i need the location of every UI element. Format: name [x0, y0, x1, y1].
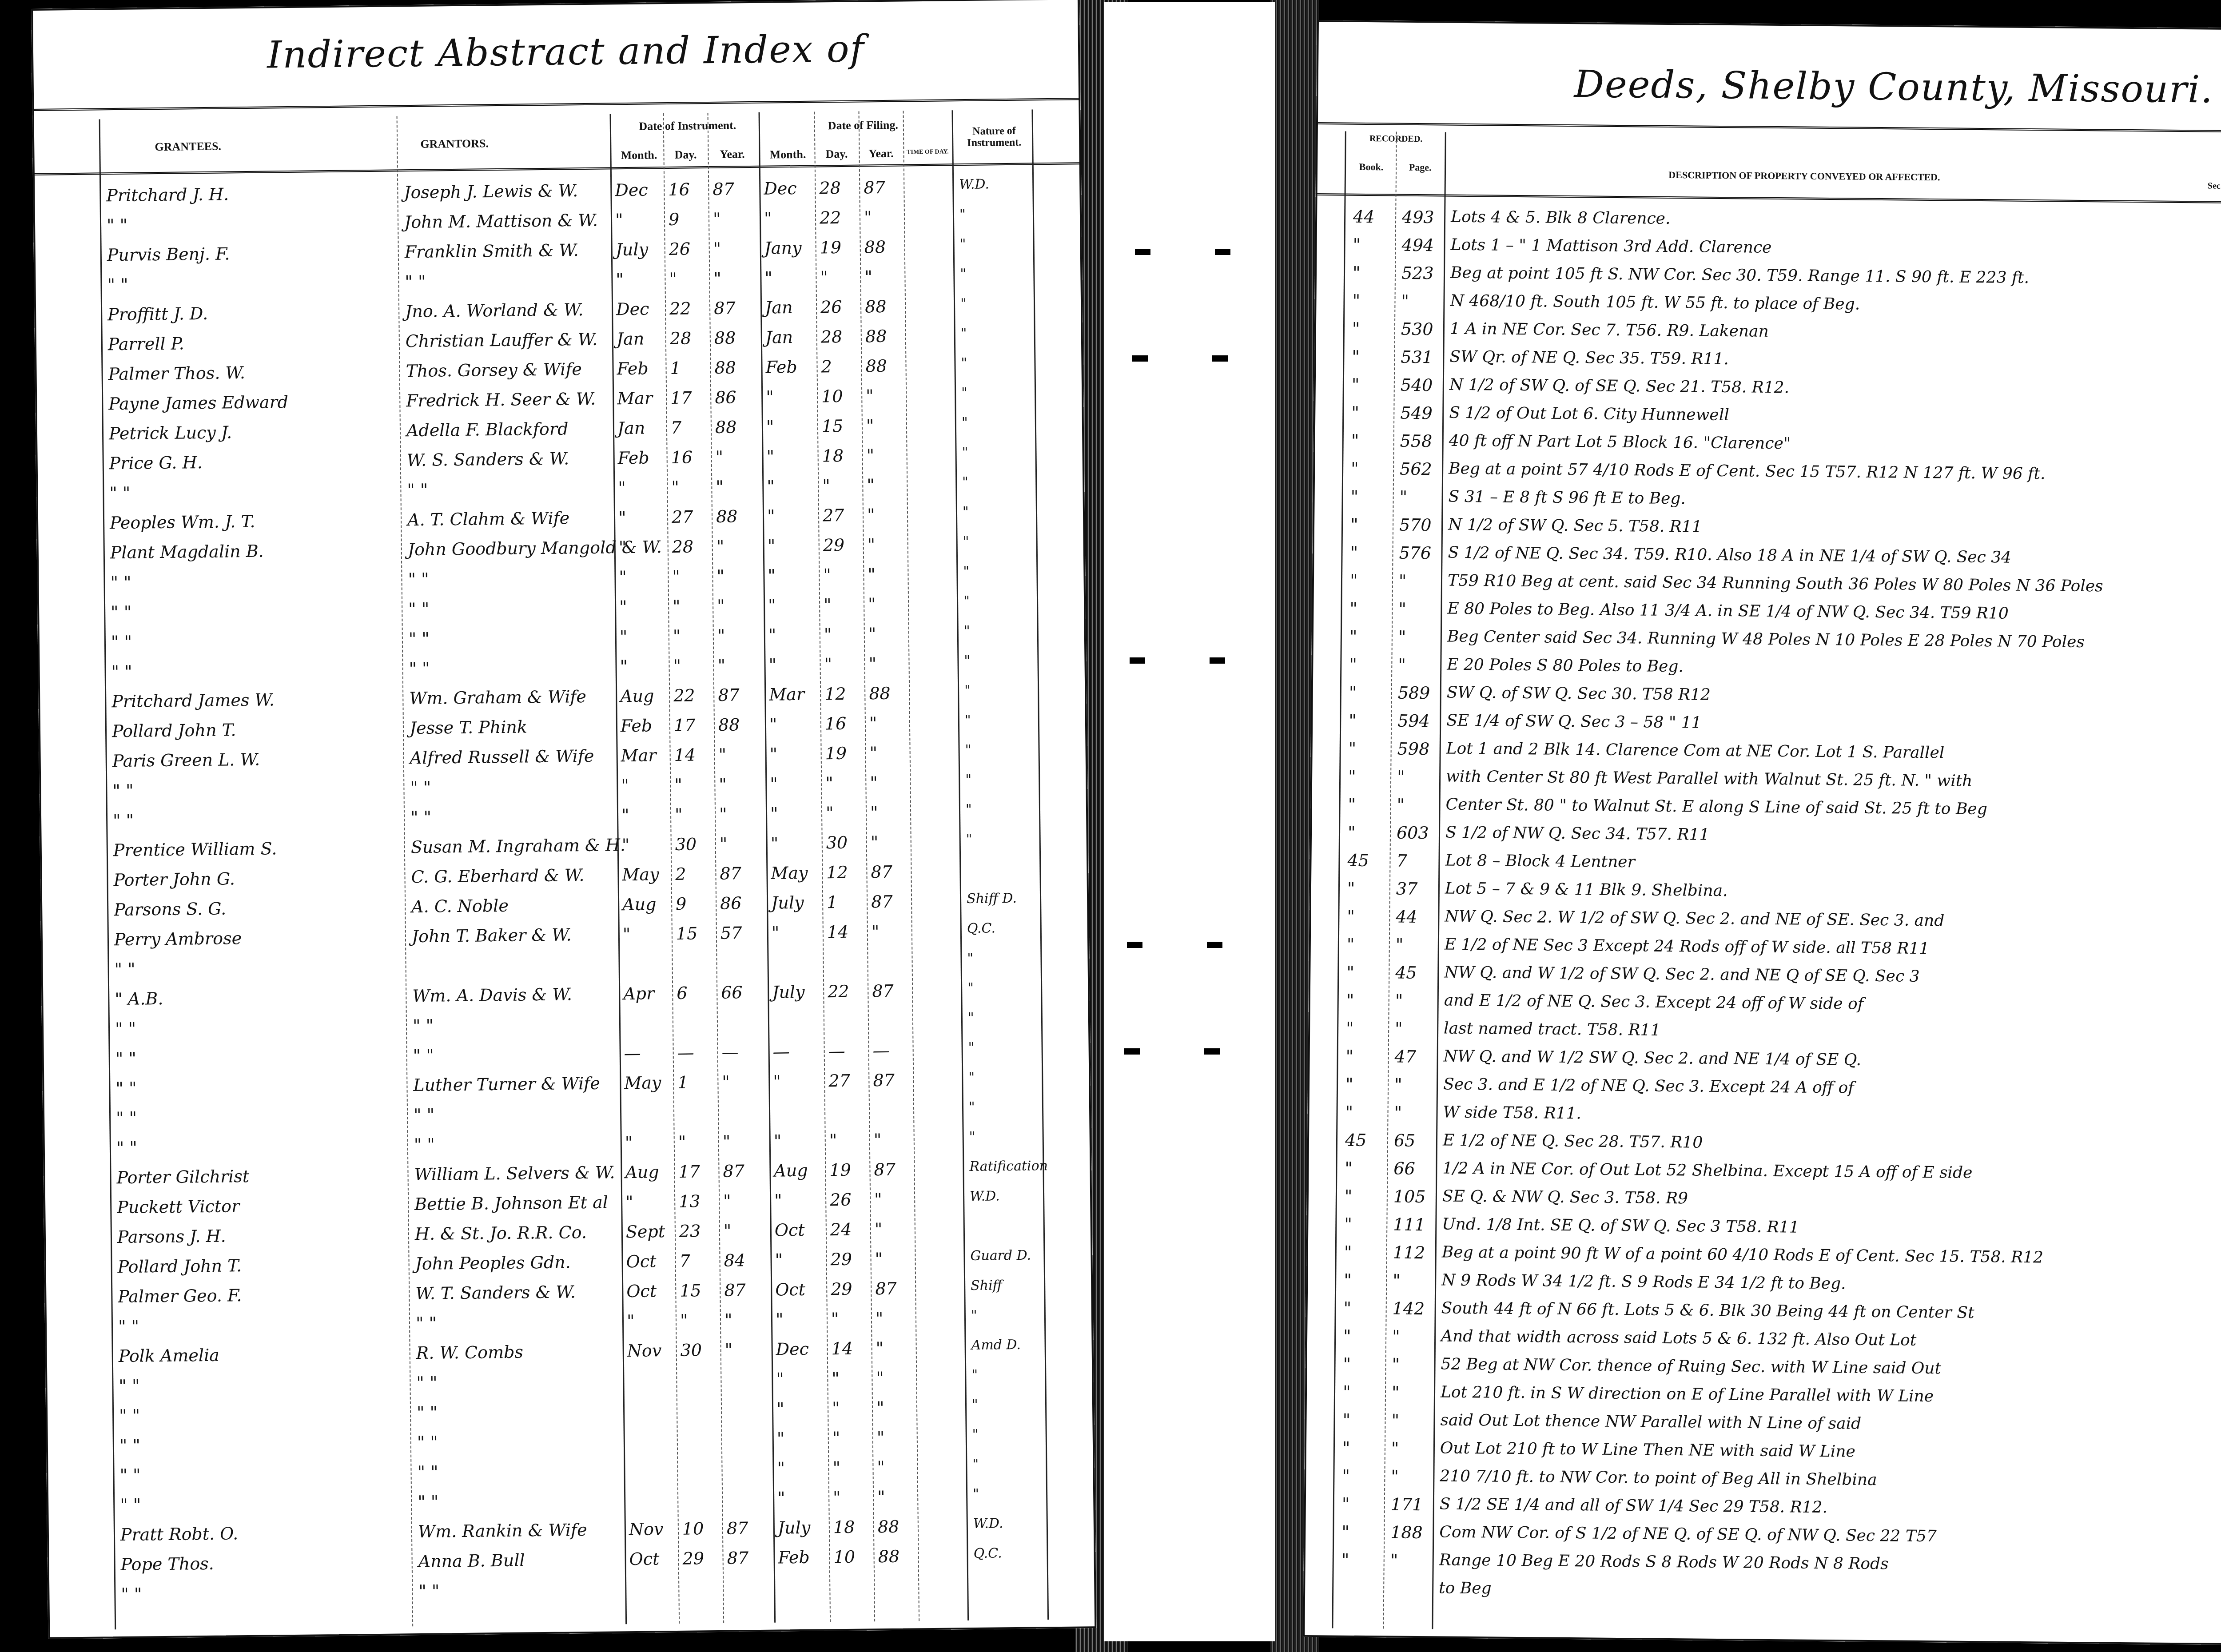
cell-grantee: Polk Amelia: [119, 1345, 220, 1366]
cell-file-day: 29: [823, 535, 845, 555]
cell-grantor: " ": [416, 1314, 437, 1333]
cell-grantor: Wm. Graham & Wife: [409, 687, 586, 708]
cell-page: ": [1396, 935, 1404, 955]
cell-inst-month: Jan: [617, 329, 645, 349]
cell-inst-month: ": [627, 1311, 635, 1331]
cell-grantee: Pritchard James W.: [111, 690, 275, 711]
cell-file-month: Jan: [765, 298, 793, 318]
cell-inst-year: ": [717, 626, 725, 645]
cell-grantee: Pollard John T.: [112, 720, 236, 741]
cell-file-month: ": [766, 447, 774, 466]
cell-file-day: ": [820, 267, 828, 287]
table-row: " "" """"": [47, 1485, 1095, 1521]
cell-nature: ": [969, 1129, 975, 1145]
cell-grantor: Alfred Russell & Wife: [410, 746, 594, 768]
binding-tab-icon: [1207, 942, 1222, 948]
cell-inst-month: Oct: [629, 1549, 659, 1569]
cell-grantor: " ": [409, 629, 430, 649]
cell-desc: NW Q. and W 1/2 SW Q. Sec 2. and NE 1/4 …: [1443, 1047, 1861, 1069]
cell-inst-year: ": [718, 745, 726, 764]
cell-page: 598: [1397, 739, 1429, 759]
cell-grantee: " ": [116, 1108, 137, 1128]
cell-inst-month: ": [621, 805, 629, 825]
cell-inst-day: ": [671, 478, 679, 497]
cell-book: ": [1349, 711, 1357, 730]
cell-grantor: Adella F. Blackford: [406, 419, 569, 440]
binding-tab-icon: [1135, 249, 1150, 255]
cell-grantee: Parsons S. G.: [114, 899, 226, 920]
cell-inst-year: ": [715, 447, 723, 467]
cell-file-year: ": [876, 1309, 884, 1328]
cell-desc: NW Q. and W 1/2 of SW Q. Sec 2. and NE Q…: [1444, 963, 1920, 986]
cell-grantee: Palmer Geo. F.: [118, 1286, 242, 1306]
cell-nature: ": [972, 1457, 979, 1472]
cell-book: ": [1343, 1354, 1351, 1374]
cell-nature: ": [971, 1308, 977, 1323]
table-row: Porter John G.C. G. Eberhard & W.May287M…: [40, 860, 1088, 896]
cell-grantor: " ": [408, 599, 430, 619]
cell-book: ": [1343, 1382, 1351, 1402]
cell-grantor: " ": [413, 1016, 434, 1035]
cell-file-year: ": [875, 1219, 883, 1239]
cell-grantor: R. W. Combs: [416, 1342, 524, 1363]
cell-inst-month: ": [619, 597, 627, 617]
cell-file-month: ": [767, 506, 775, 526]
cell-file-day: 28: [821, 327, 843, 347]
cell-nature: ": [965, 772, 971, 788]
cell-inst-month: —: [624, 1043, 641, 1063]
cell-inst-month: ": [623, 924, 631, 944]
cell-page: ": [1392, 1327, 1400, 1346]
cell-file-year: 88: [878, 1547, 900, 1567]
cell-file-year: 87: [864, 178, 885, 198]
cell-book: ": [1341, 1550, 1349, 1570]
cell-inst-day: 17: [678, 1162, 700, 1182]
cell-inst-year: 87: [727, 1548, 748, 1568]
table-row: Pope Thos.Anna B. BullOct2987Feb1088Q.C.: [47, 1545, 1095, 1580]
cell-page: 603: [1397, 823, 1429, 843]
table-row: Palmer Geo. F.W. T. Sanders & W.Oct1587O…: [44, 1277, 1093, 1313]
cell-grantee: " ": [113, 811, 134, 830]
cell-file-year: 88: [865, 297, 887, 317]
cell-grantor: " ": [417, 1403, 438, 1422]
table-row: Perry AmbroseJohn T. Baker & W."1557"14"…: [41, 920, 1089, 955]
cell-nature: ": [965, 713, 971, 728]
cell-desc: Center St. 80 " to Walnut St. E along S …: [1445, 796, 1987, 819]
table-row: Paris Green L. W.Alfred Russell & WifeMa…: [39, 741, 1087, 777]
cell-desc: 210 7/10 ft. to NW Cor. to point of Beg …: [1440, 1467, 1877, 1489]
binding-tab-icon: [1127, 942, 1142, 948]
cell-file-month: ": [769, 744, 777, 764]
cell-inst-month: Mar: [621, 745, 656, 765]
cell-desc: Beg at a point 57 4/10 Rods E of Cent. S…: [1449, 460, 2046, 483]
cell-file-day: ": [829, 1131, 837, 1150]
cell-desc: T59 R10 Beg at cent. said Sec 34 Running…: [1448, 572, 2103, 596]
cell-book: ": [1342, 1494, 1350, 1514]
cell-file-year: ": [866, 446, 874, 465]
cell-page: ": [1399, 571, 1407, 591]
cell-book: ": [1352, 347, 1360, 366]
table-row: " "" """"": [46, 1425, 1095, 1461]
cell-book: ": [1349, 739, 1357, 758]
cell-inst-year: ": [723, 1132, 731, 1151]
cell-file-year: 87: [874, 1160, 896, 1180]
cell-desc: E 1/2 of NE Q. Sec 28. T57. R10: [1443, 1131, 1703, 1152]
cell-file-year: ": [868, 535, 876, 554]
cell-grantor: Fredrick H. Seer & W.: [406, 389, 596, 410]
cell-grantor: Thos. Gorsey & Wife: [406, 359, 582, 381]
cell-grantee: " ": [119, 1465, 141, 1485]
cell-inst-day: ": [678, 1132, 686, 1152]
cell-book: ": [1342, 1466, 1350, 1486]
cell-file-day: 22: [828, 982, 849, 1002]
cell-file-month: ": [774, 1190, 782, 1210]
cell-file-month: ": [764, 209, 772, 228]
cell-inst-year: ": [713, 239, 721, 259]
cell-desc: Lots 4 & 5. Blk 8 Clarence.: [1451, 208, 1671, 228]
table-row: Peoples Wm. J. T.A. T. Clahm & Wife"2788…: [36, 503, 1085, 539]
cell-grantor: " ": [413, 1046, 434, 1065]
cell-nature: ": [964, 653, 970, 669]
cell-page: 531: [1401, 347, 1433, 367]
cell-file-year: 87: [871, 862, 892, 882]
cell-nature: ": [967, 980, 974, 996]
table-row: Parsons J. H.H. & St. Jo. R.R. Co.Sept23…: [44, 1217, 1092, 1253]
cell-desc: Beg Center said Sec 34. Running W 48 Pol…: [1447, 628, 2085, 652]
cell-page: ": [1391, 1411, 1399, 1430]
table-row: " "" "——————": [42, 1039, 1091, 1075]
table-row: " "" """""""": [37, 562, 1085, 598]
cell-file-day: 15: [822, 416, 844, 436]
cell-inst-day: 17: [670, 388, 692, 408]
cell-inst-year: 87: [718, 685, 740, 705]
table-row: Pollard John T.John Peoples Gdn.Oct784"2…: [44, 1247, 1092, 1283]
cell-inst-month: ": [620, 657, 628, 676]
cell-inst-year: ": [724, 1310, 732, 1330]
cell-book: ": [1343, 1326, 1351, 1346]
cell-file-month: ": [768, 596, 776, 615]
cell-inst-month: July: [616, 239, 649, 259]
cell-nature: ": [961, 385, 967, 401]
cell-book: ": [1348, 767, 1356, 786]
cell-inst-year: 88: [718, 715, 740, 735]
col-description: DESCRIPTION OF PROPERTY CONVEYED OR AFFE…: [1649, 170, 1960, 183]
cell-page: 45: [1395, 963, 1417, 983]
cell-inst-day: 7: [671, 418, 682, 438]
cell-inst-year: 87: [727, 1518, 748, 1538]
cell-file-month: Dec: [776, 1339, 809, 1359]
cell-grantee: " ": [121, 1584, 142, 1604]
cell-grantor: " ": [408, 569, 429, 589]
cell-nature: ": [959, 207, 966, 222]
cell-page: ": [1390, 1551, 1398, 1570]
cell-file-month: ": [768, 566, 776, 585]
cell-file-month: Feb: [778, 1548, 810, 1568]
binding-tab-icon: [1204, 1048, 1220, 1055]
table-row: Prentice William S.Susan M. Ingraham & H…: [40, 830, 1088, 866]
cell-file-day: 14: [827, 922, 849, 942]
cell-nature: ": [962, 415, 968, 430]
cell-grantee: Plant Magdalin B.: [110, 541, 264, 563]
cell-desc: and E 1/2 of NE Q. Sec 3. Except 24 off …: [1444, 991, 1864, 1013]
cell-nature: ": [960, 296, 967, 311]
cell-grantee: " ": [107, 215, 128, 235]
table-row: " "" """""""": [40, 800, 1088, 836]
cell-book: ": [1352, 319, 1360, 338]
cell-grantor: Jno. A. Worland & W.: [405, 300, 584, 321]
cell-file-day: 2: [821, 357, 832, 376]
cell-book: ": [1353, 235, 1361, 255]
cell-file-month: ": [777, 1429, 785, 1448]
cell-file-year: 88: [869, 684, 891, 704]
cell-nature: ": [971, 1367, 978, 1383]
cell-page: 494: [1401, 235, 1434, 255]
cell-inst-day: 26: [669, 239, 691, 259]
cell-grantee: " ": [107, 275, 128, 295]
cell-file-year: ": [869, 713, 877, 733]
cell-book: ": [1346, 963, 1354, 982]
cell-book: ": [1351, 403, 1359, 422]
cell-grantee: " ": [116, 1138, 138, 1158]
cell-desc: Out Lot 210 ft to W Line Then NE with sa…: [1440, 1439, 1855, 1461]
cell-inst-year: ": [717, 596, 725, 616]
col-sec: Sec.: [2200, 181, 2221, 191]
cell-file-month: ": [777, 1458, 785, 1478]
cell-book: ": [1348, 823, 1356, 842]
cell-page: 111: [1393, 1215, 1425, 1235]
cell-file-month: Dec: [764, 179, 797, 199]
cell-page: 37: [1396, 879, 1418, 899]
cell-page: ": [1391, 1439, 1399, 1458]
cell-inst-month: Apr: [623, 983, 654, 1003]
cell-grantee: " ": [111, 632, 132, 652]
cell-file-year: ": [872, 922, 880, 941]
cell-nature: Shiff: [971, 1278, 1002, 1294]
cell-grantor: Luther Turner & Wife: [413, 1074, 600, 1095]
cell-file-month: Oct: [775, 1280, 805, 1300]
cell-grantor: Wm. A. Davis & W.: [412, 984, 572, 1006]
cell-grantee: " ": [111, 662, 132, 681]
cell-desc: 40 ft off N Part Lot 5 Block 16. "Claren…: [1449, 432, 1791, 453]
cell-file-day: 10: [821, 386, 843, 406]
cell-inst-day: ": [675, 805, 683, 824]
cell-grantee: Prentice William S.: [113, 839, 277, 860]
cell-nature: ": [963, 534, 969, 549]
cell-inst-day: 30: [675, 834, 697, 854]
cell-nature: W.D.: [959, 176, 989, 192]
cell-inst-month: Feb: [621, 716, 653, 736]
cell-inst-month: Jan: [617, 418, 645, 438]
cell-nature: Q.C.: [967, 920, 995, 936]
cell-file-day: ": [833, 1488, 841, 1507]
cell-grantee: " ": [115, 1049, 137, 1068]
cell-page: 558: [1400, 431, 1433, 451]
cell-file-day: 22: [820, 208, 841, 228]
cell-grantor: " ": [414, 1135, 435, 1154]
table-row: " "" """"": [46, 1455, 1095, 1491]
cell-file-day: 19: [820, 238, 841, 258]
cell-inst-day: 9: [669, 210, 680, 229]
col-date-of-instrument: Date of Instrument.: [614, 119, 761, 133]
cell-file-day: ": [823, 565, 831, 585]
cell-inst-month: Mar: [617, 388, 653, 408]
table-row: Puckett VictorBettie B. Johnson Et al"13…: [44, 1187, 1092, 1223]
cell-book: ": [1345, 1047, 1353, 1066]
cell-book: ": [1342, 1410, 1350, 1430]
cell-inst-month: Oct: [626, 1251, 656, 1271]
cell-desc: E 1/2 of NE Sec 3 Except 24 Rods off of …: [1445, 935, 1930, 958]
cell-nature: W.D.: [973, 1516, 1003, 1532]
cell-nature: ": [959, 236, 966, 252]
cell-inst-year: 57: [720, 923, 742, 943]
cell-nature: W.D.: [970, 1188, 1000, 1204]
cell-grantee: Payne James Edward: [108, 392, 288, 414]
cell-file-month: ": [772, 923, 780, 942]
col-file-year: Year.: [859, 147, 903, 160]
cell-page: ": [1394, 1075, 1402, 1095]
cell-book: ": [1350, 515, 1358, 534]
cell-page: ": [1399, 487, 1407, 507]
cell-page: ": [1398, 627, 1406, 647]
cell-desc: SE Q. & NW Q. Sec 3. T58. R9: [1442, 1187, 1688, 1208]
cell-grantor: William L. Selvers & W.: [414, 1162, 615, 1184]
table-row: Polk AmeliaR. W. CombsNov30"Dec14"Amd D.: [45, 1336, 1094, 1372]
binding-insert-strip-right: [1199, 2, 1275, 1641]
cell-inst-month: ": [621, 776, 629, 795]
cell-nature: ": [962, 474, 968, 490]
cell-grantor: " ": [410, 778, 431, 797]
cell-grantor: " ": [417, 1462, 438, 1482]
cell-desc: SW Q. of SW Q. Sec 30. T58 R12: [1447, 684, 1711, 704]
binding-tab-icon: [1130, 657, 1145, 664]
cell-nature: ": [964, 683, 971, 698]
cell-nature: Shiff D.: [967, 891, 1017, 907]
cell-page: ": [1398, 599, 1406, 619]
table-row: " "" """""""": [45, 1306, 1093, 1342]
cell-file-year: 88: [878, 1517, 900, 1537]
cell-inst-month: Nov: [629, 1519, 664, 1539]
cell-book: ": [1342, 1438, 1350, 1458]
cell-file-month: ": [769, 715, 777, 734]
cell-page: ": [1395, 1019, 1403, 1039]
cell-grantee: Peoples Wm. J. T.: [110, 512, 255, 533]
cell-grantor: " ": [414, 1105, 435, 1125]
cell-inst-day: 27: [672, 507, 693, 527]
header-rule: [1316, 122, 2221, 133]
cell-file-month: July: [771, 893, 804, 913]
cell-page: ": [1394, 1103, 1402, 1123]
cell-file-month: ": [776, 1399, 784, 1418]
cell-file-day: 10: [833, 1547, 855, 1567]
binding-tab-icon: [1132, 355, 1148, 362]
cell-nature: ": [963, 593, 970, 609]
col-book: Book.: [1347, 162, 1396, 173]
cell-page: ": [1392, 1383, 1400, 1402]
cell-book: ": [1349, 599, 1357, 618]
cell-inst-day: 1: [670, 358, 681, 378]
cell-inst-day: 14: [674, 745, 696, 765]
cell-desc: S 1/2 SE 1/4 and all of SW 1/4 Sec 29 T5…: [1440, 1495, 1827, 1517]
cell-file-year: ": [875, 1249, 883, 1269]
cell-file-day: 26: [820, 297, 842, 317]
cell-inst-year: ": [724, 1340, 732, 1360]
cell-desc: NW Q. Sec 2. W 1/2 of SW Q. Sec 2. and N…: [1445, 908, 1944, 930]
cell-file-day: 24: [830, 1220, 852, 1240]
cell-inst-day: 13: [679, 1191, 701, 1211]
table-row: " "" """""""": [39, 771, 1087, 807]
cell-file-year: ": [867, 475, 875, 495]
cell-desc: South 44 ft of N 66 ft. Lots 5 & 6. Blk …: [1441, 1299, 1974, 1322]
cell-desc: Com NW Cor. of S 1/2 of NE Q. of SE Q. o…: [1439, 1523, 1937, 1546]
cell-file-year: 87: [872, 981, 894, 1001]
cell-nature: ": [965, 742, 971, 758]
cell-file-month: ": [766, 387, 774, 407]
cell-book: ": [1344, 1298, 1352, 1318]
cell-book: ": [1349, 627, 1357, 646]
cell-nature: ": [960, 266, 966, 282]
cell-grantor: John T. Baker & W.: [412, 925, 572, 946]
cell-file-month: ": [775, 1250, 783, 1270]
cell-page: ": [1393, 1271, 1401, 1290]
cell-grantee: " ": [109, 483, 131, 503]
cell-inst-year: 87: [712, 179, 734, 199]
cell-book: ": [1346, 1019, 1354, 1038]
cell-grantor: Wm. Rankin & Wife: [418, 1520, 587, 1541]
cell-inst-day: 6: [677, 983, 688, 1003]
cell-nature: ": [969, 1099, 975, 1115]
cell-inst-day: ": [680, 1311, 688, 1330]
table-row: Plant Magdalin B.John Goodbury Mangold &…: [37, 533, 1085, 569]
cell-nature: ": [973, 1486, 979, 1502]
cell-grantee: " ": [110, 573, 131, 592]
cell-file-year: ": [877, 1457, 885, 1477]
cell-file-day: —: [828, 1041, 845, 1061]
table-row: Palmer Thos. W.Thos. Gorsey & WifeFeb188…: [35, 354, 1083, 390]
cell-book: ": [1345, 1075, 1353, 1094]
table-row: " "" "": [42, 1009, 1090, 1045]
cell-nature: ": [964, 623, 970, 639]
cell-inst-month: ": [615, 210, 623, 230]
cell-grantee: " A.B.: [115, 989, 163, 1009]
cell-inst-day: 28: [670, 328, 692, 348]
cell-nature: ": [972, 1427, 979, 1442]
cell-file-year: ": [866, 386, 874, 406]
col-inst-day: Day.: [663, 148, 708, 162]
cell-file-month: ": [770, 804, 778, 823]
cell-inst-month: ": [619, 567, 627, 587]
table-row: " "" """""""": [37, 592, 1086, 628]
cell-desc: And that width across said Lots 5 & 6. 1…: [1441, 1327, 1917, 1349]
cell-desc: SW Qr. of NE Q. Sec 35. T59. R11.: [1449, 348, 1729, 368]
cell-page: 47: [1394, 1047, 1416, 1067]
cell-book: ": [1351, 459, 1359, 478]
col-grantors: GRANTORS.: [388, 137, 521, 151]
cell-inst-year: ": [716, 477, 724, 497]
cell-file-month: ": [764, 268, 772, 288]
cell-desc: Range 10 Beg E 20 Rods S 8 Rods W 20 Rod…: [1439, 1551, 1889, 1573]
binding-tab-icon: [1215, 249, 1230, 255]
table-row: Purvis Benj. F.Franklin Smith & W.July26…: [34, 235, 1082, 271]
cell-file-day: 27: [823, 506, 844, 525]
cell-file-month: ": [766, 417, 774, 437]
cell-nature: ": [962, 445, 968, 460]
col-file-month: Month.: [761, 148, 814, 162]
cell-inst-year: ": [716, 537, 724, 556]
cell-nature: Guard D.: [970, 1248, 1031, 1264]
table-row: " "": [41, 949, 1089, 985]
cell-desc: Und. 1/8 Int. SE Q. of SW Q. Sec 3 T58. …: [1442, 1215, 1799, 1237]
cell-file-month: ": [776, 1310, 784, 1329]
